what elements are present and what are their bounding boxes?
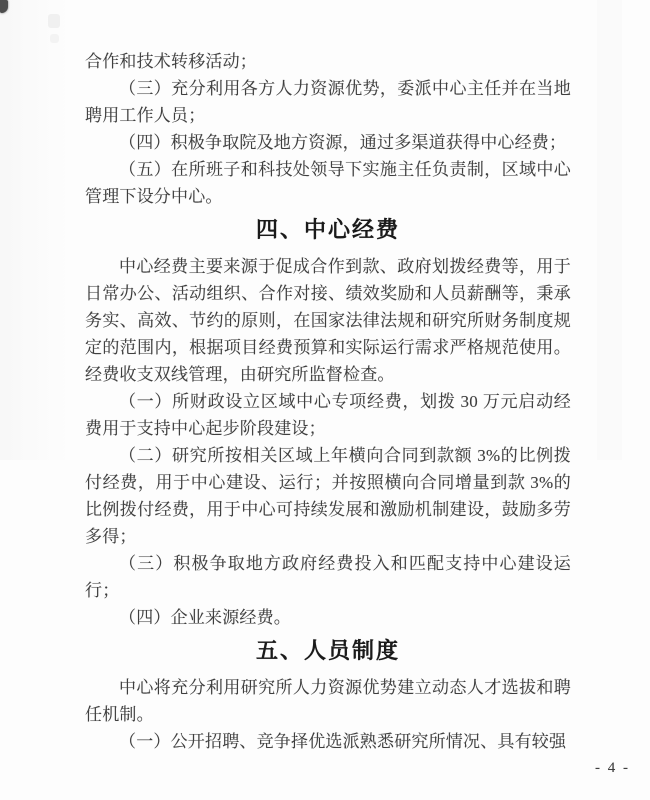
list-item-5: （五）在所班子和科技处领导下实施主任负责制，区域中心管理下设分中心。 — [85, 156, 571, 210]
section-heading-funds: 四、中心经费 — [85, 215, 571, 245]
page-number: - 4 - — [595, 759, 630, 777]
funds-item-4: （四）企业来源经费。 — [85, 604, 571, 631]
funds-item-3: （三）积极争取地方政府经费投入和匹配支持中心建设运行； — [85, 550, 571, 604]
funds-item-2: （二）研究所按相关区域上年横向合同到款额 3%的比例拨付经费，用于中心建设、运行… — [85, 442, 571, 550]
scan-edge-tint-right — [597, 0, 622, 460]
paragraph-funds-intro: 中心经费主要来源于促成合作到款、政府划拨经费等，用于日常办公、活动组织、合作对接… — [85, 253, 571, 388]
list-item-3: （三）充分利用各方人力资源优势，委派中心主任并在当地聘用工作人员； — [85, 75, 571, 129]
section-heading-personnel: 五、人员制度 — [85, 636, 571, 666]
document-body: 合作和技术转移活动； （三）充分利用各方人力资源优势，委派中心主任并在当地聘用工… — [85, 48, 571, 755]
personnel-item-1: （一）公开招聘、竞争择优选派熟悉研究所情况、具有较强 — [85, 728, 571, 755]
funds-item-1: （一）所财政设立区域中心专项经费，划拨 30 万元启动经费用于支持中心起步阶段建… — [85, 388, 571, 442]
paragraph-personnel-intro: 中心将充分利用研究所人力资源优势建立动态人才选拔和聘任机制。 — [85, 674, 571, 728]
list-item-4: （四）积极争取院及地方资源，通过多渠道获得中心经费； — [85, 129, 571, 156]
scanned-document-page: 合作和技术转移活动； （三）充分利用各方人力资源优势，委派中心主任并在当地聘用工… — [0, 0, 650, 800]
scan-artifact-corner-mark — [0, 0, 8, 13]
scan-artifact-smudge — [48, 14, 60, 28]
paragraph-continuation: 合作和技术转移活动； — [85, 48, 571, 75]
scan-edge-tint-left — [0, 0, 70, 460]
scan-artifact-smudge — [50, 34, 59, 43]
